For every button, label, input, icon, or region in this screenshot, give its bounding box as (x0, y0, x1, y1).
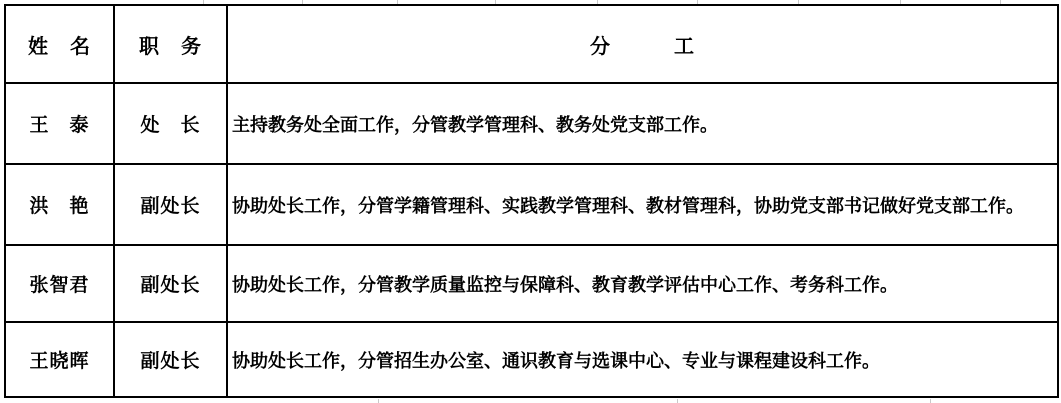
header-cell-name: 姓 名 (5, 5, 114, 83)
table-row: 张智君 副处长 协助处长工作，分管教学质量监控与保障科、教育教学评估中心工作、考… (5, 245, 1058, 322)
duty-cell: 协助处长工作，分管教学质量监控与保障科、教育教学评估中心工作、考务科工作。 (227, 245, 1058, 322)
position-cell: 副处长 (114, 245, 227, 322)
staff-duty-table: 姓 名 职 务 分 工 王 泰 处 长 主持教务处全面工作，分管教学管理科、教务… (4, 4, 1059, 398)
name-cell: 王晓晖 (5, 322, 114, 397)
gridline-tick (677, 399, 678, 403)
position-cell: 副处长 (114, 164, 227, 245)
header-cell-position: 职 务 (114, 5, 227, 83)
position-cell: 副处长 (114, 322, 227, 397)
header-cell-duty: 分 工 (227, 5, 1058, 83)
name-cell: 王 泰 (5, 83, 114, 164)
duty-cell: 协助处长工作，分管招生办公室、通识教育与选课中心、专业与课程建设科工作。 (227, 322, 1058, 397)
gridline-tick (378, 399, 379, 403)
duty-cell: 协助处长工作，分管学籍管理科、实践教学管理科、教材管理科，协助党支部书记做好党支… (227, 164, 1058, 245)
document-page: 姓 名 职 务 分 工 王 泰 处 长 主持教务处全面工作，分管教学管理科、教务… (0, 0, 1061, 403)
duty-cell: 主持教务处全面工作，分管教学管理科、教务处党支部工作。 (227, 83, 1058, 164)
position-cell: 处 长 (114, 83, 227, 164)
gridline-tick (930, 399, 931, 403)
table-row: 王晓晖 副处长 协助处长工作，分管招生办公室、通识教育与选课中心、专业与课程建设… (5, 322, 1058, 397)
table-row: 王 泰 处 长 主持教务处全面工作，分管教学管理科、教务处党支部工作。 (5, 83, 1058, 164)
table-header-row: 姓 名 职 务 分 工 (5, 5, 1058, 83)
name-cell: 张智君 (5, 245, 114, 322)
name-cell: 洪 艳 (5, 164, 114, 245)
table-row: 洪 艳 副处长 协助处长工作，分管学籍管理科、实践教学管理科、教材管理科，协助党… (5, 164, 1058, 245)
